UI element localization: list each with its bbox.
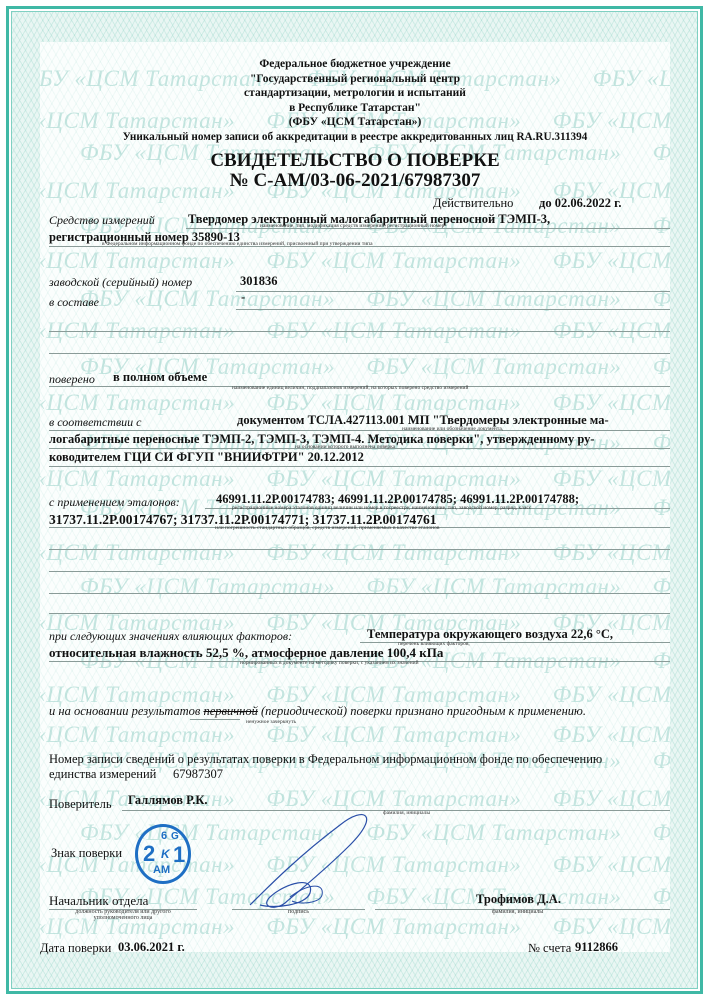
composition-value: -	[241, 290, 245, 305]
org-line: (ФБУ «ЦСМ Татарстан»)	[40, 115, 670, 130]
org-line: "Государственный региональный центр	[40, 72, 670, 87]
verification-stamp: 2 6 G K 1 AM	[135, 824, 191, 884]
invoice-number: 9112866	[575, 940, 618, 955]
valid-label: Действительно	[433, 196, 513, 211]
standards-hint-1: регистрационные номера эталонов единиц в…	[232, 505, 531, 511]
org-line: Федеральное бюджетное учреждение	[40, 57, 670, 72]
serial-label: заводской (серийный) номер	[49, 275, 192, 290]
conclusion-prefix: и на основании результатов	[49, 704, 200, 718]
stamp-top-mark: G	[171, 831, 179, 842]
stamp-bottom: AM	[153, 864, 170, 876]
conclusion-struck: первичной	[204, 704, 258, 718]
verifier-hint: фамилия, инициалы	[383, 810, 430, 816]
signature-icon	[230, 805, 390, 915]
invoice-label: № счета	[528, 941, 571, 956]
signature-hint: подпись	[232, 909, 365, 915]
head-hint-2: уполномоченного лица	[49, 915, 197, 921]
head-name-hint: фамилия, инициалы	[492, 909, 543, 915]
head-name: Трофимов Д.А.	[476, 892, 561, 907]
verification-date: 03.06.2021 г.	[118, 940, 185, 955]
verified-label: поверено	[49, 372, 95, 387]
stamp-center: K	[161, 847, 170, 861]
mark-label: Знак поверки	[51, 846, 122, 861]
factors-line-2: относительная влажность 52,5 %, атмосфер…	[49, 645, 443, 661]
accreditation-number: Уникальный номер записи об аккредитации …	[40, 130, 670, 145]
certificate-title: СВИДЕТЕЛЬСТВО О ПОВЕРКЕ	[40, 150, 670, 172]
organization-header: Федеральное бюджетное учреждение "Госуда…	[40, 57, 670, 130]
registry-line-1: Номер записи сведений о результатах пове…	[49, 752, 602, 767]
head-label: Начальник отдела	[49, 893, 148, 909]
standards-hint-2: или погрешность стандартных образцов, ср…	[215, 525, 439, 531]
org-line: стандартизации, метрологии и испытаний	[40, 86, 670, 101]
date-label: Дата поверки	[40, 941, 111, 956]
conclusion-hint: ненужное зачеркнуть	[246, 719, 296, 725]
instrument-hint: наименование, тип, модификация средств и…	[260, 223, 444, 229]
factors-hint-2: нормированных в документе на методику по…	[240, 660, 419, 666]
instrument-label: Средство измерений	[49, 213, 155, 228]
registry-label: единства измерений	[49, 767, 156, 782]
head-hint: должность руководителя или другого уполн…	[49, 909, 197, 921]
registration-hint: в Федеральном информационном фонде по об…	[102, 241, 373, 247]
factors-label: при следующих значениях влияющих факторо…	[49, 629, 292, 644]
according-label: в соответствии с	[49, 415, 141, 430]
conclusion-rest: (периодической) поверки признано пригодн…	[261, 704, 586, 718]
registry-number: 67987307	[173, 767, 223, 782]
org-line: в Республике Татарстан"	[40, 101, 670, 116]
certificate-number: № С-АМ/03-06-2021/67987307	[40, 170, 670, 192]
conclusion-text: и на основании результатов первичной (пе…	[49, 704, 586, 719]
standards-label: с применением эталонов:	[49, 495, 180, 510]
factors-line-1: Температура окружающего воздуха 22,6 °С,	[367, 627, 613, 642]
verifier-name: Галлямов Р.К.	[128, 793, 208, 808]
serial-value: 301836	[240, 274, 278, 289]
verified-hint: наименование единиц величин, поддиапазон…	[232, 385, 468, 391]
stamp-right: 1	[173, 842, 185, 868]
composition-label: в составе	[49, 295, 99, 310]
verifier-label: Поверитель	[49, 797, 112, 812]
stamp-top: 6	[161, 830, 167, 842]
verified-value: в полном объеме	[113, 370, 207, 385]
valid-until: до 02.06.2022 г.	[539, 196, 621, 211]
method-line-3: ководителем ГЦИ СИ ФГУП "ВНИИФТРИ" 20.12…	[49, 450, 364, 465]
